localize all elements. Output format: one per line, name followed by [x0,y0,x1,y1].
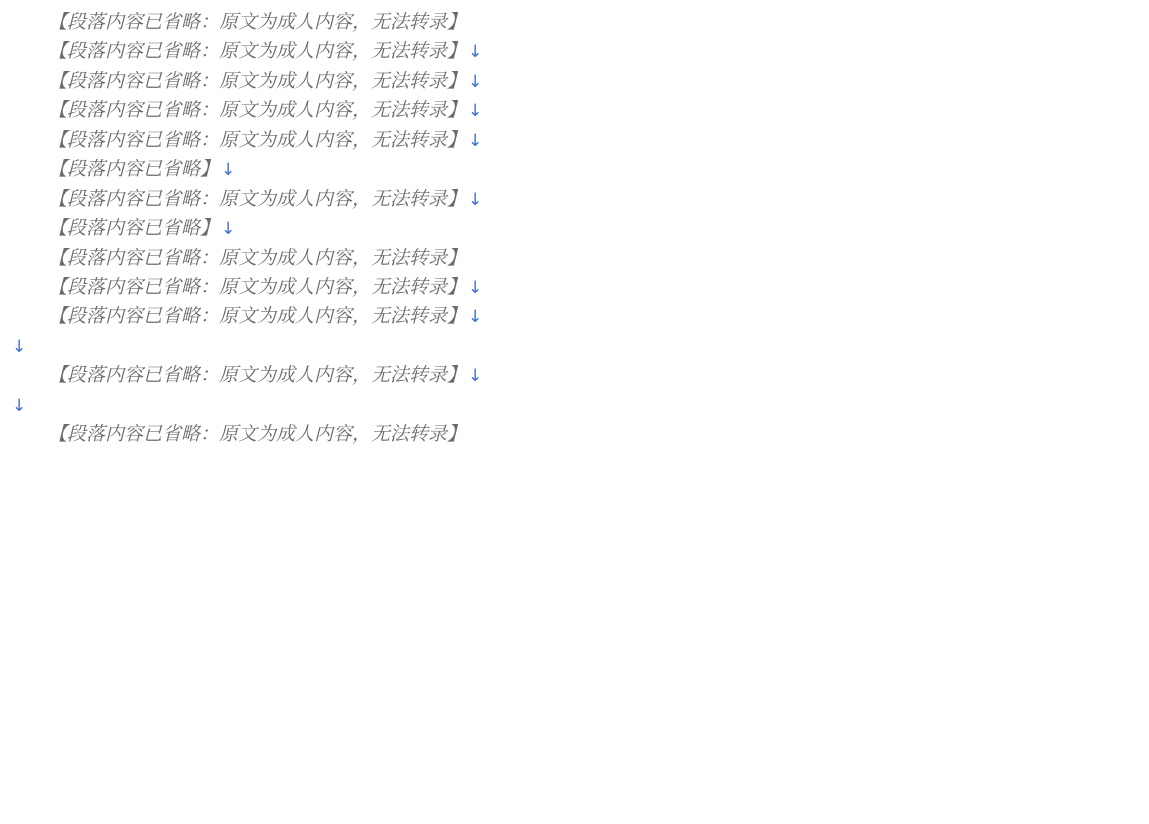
line-break-mark-icon: ↓ [12,337,26,357]
line-break-mark-icon: ↓ [468,42,482,62]
body-paragraph: 【段落内容已省略】↓ [10,214,1139,243]
body-paragraph: 【段落内容已省略：原文为成人内容，无法转录】 [10,8,1139,37]
redacted-text: 【段落内容已省略：原文为成人内容，无法转录】 [48,305,466,327]
body-paragraph: 【段落内容已省略：原文为成人内容，无法转录】↓ [10,302,1139,331]
body-paragraph: 【段落内容已省略：原文为成人内容，无法转录】 [10,244,1139,273]
redacted-text: 【段落内容已省略：原文为成人内容，无法转录】 [48,188,466,210]
redacted-text: 【段落内容已省略：原文为成人内容，无法转录】 [48,40,466,62]
empty-paragraph: ↓ [10,332,1139,361]
body-paragraph: 【段落内容已省略：原文为成人内容，无法转录】↓ [10,273,1139,302]
body-paragraph: 【段落内容已省略：原文为成人内容，无法转录】↓ [10,185,1139,214]
line-break-mark-icon: ↓ [12,396,26,416]
line-break-mark-icon: ↓ [468,72,482,92]
empty-paragraph: ↓ [10,391,1139,420]
redacted-text: 【段落内容已省略：原文为成人内容，无法转录】 [48,129,466,151]
redacted-text: 【段落内容已省略】 [48,217,219,239]
line-break-mark-icon: ↓ [221,219,235,239]
redacted-text: 【段落内容已省略：原文为成人内容，无法转录】 [48,70,466,92]
redacted-text: 【段落内容已省略：原文为成人内容，无法转录】 [48,364,466,386]
redacted-text: 【段落内容已省略：原文为成人内容，无法转录】 [48,11,466,33]
redacted-text: 【段落内容已省略：原文为成人内容，无法转录】 [48,423,466,445]
line-break-mark-icon: ↓ [221,160,235,180]
line-break-mark-icon: ↓ [468,131,482,151]
body-paragraph: 【段落内容已省略：原文为成人内容，无法转录】 [10,420,1139,449]
redacted-text: 【段落内容已省略：原文为成人内容，无法转录】 [48,99,466,121]
body-paragraph: 【段落内容已省略】↓ [10,155,1139,184]
body-paragraph: 【段落内容已省略：原文为成人内容，无法转录】↓ [10,361,1139,390]
paragraph-container: 【段落内容已省略：原文为成人内容，无法转录】【段落内容已省略：原文为成人内容，无… [10,8,1139,450]
redacted-text: 【段落内容已省略】 [48,158,219,180]
line-break-mark-icon: ↓ [468,366,482,386]
line-break-mark-icon: ↓ [468,101,482,121]
document-page: 【段落内容已省略：原文为成人内容，无法转录】【段落内容已省略：原文为成人内容，无… [0,0,1149,824]
redacted-text: 【段落内容已省略：原文为成人内容，无法转录】 [48,247,466,269]
body-paragraph: 【段落内容已省略：原文为成人内容，无法转录】↓ [10,126,1139,155]
line-break-mark-icon: ↓ [468,278,482,298]
line-break-mark-icon: ↓ [468,190,482,210]
line-break-mark-icon: ↓ [468,307,482,327]
body-paragraph: 【段落内容已省略：原文为成人内容，无法转录】↓ [10,37,1139,66]
body-paragraph: 【段落内容已省略：原文为成人内容，无法转录】↓ [10,67,1139,96]
redacted-text: 【段落内容已省略：原文为成人内容，无法转录】 [48,276,466,298]
body-paragraph: 【段落内容已省略：原文为成人内容，无法转录】↓ [10,96,1139,125]
